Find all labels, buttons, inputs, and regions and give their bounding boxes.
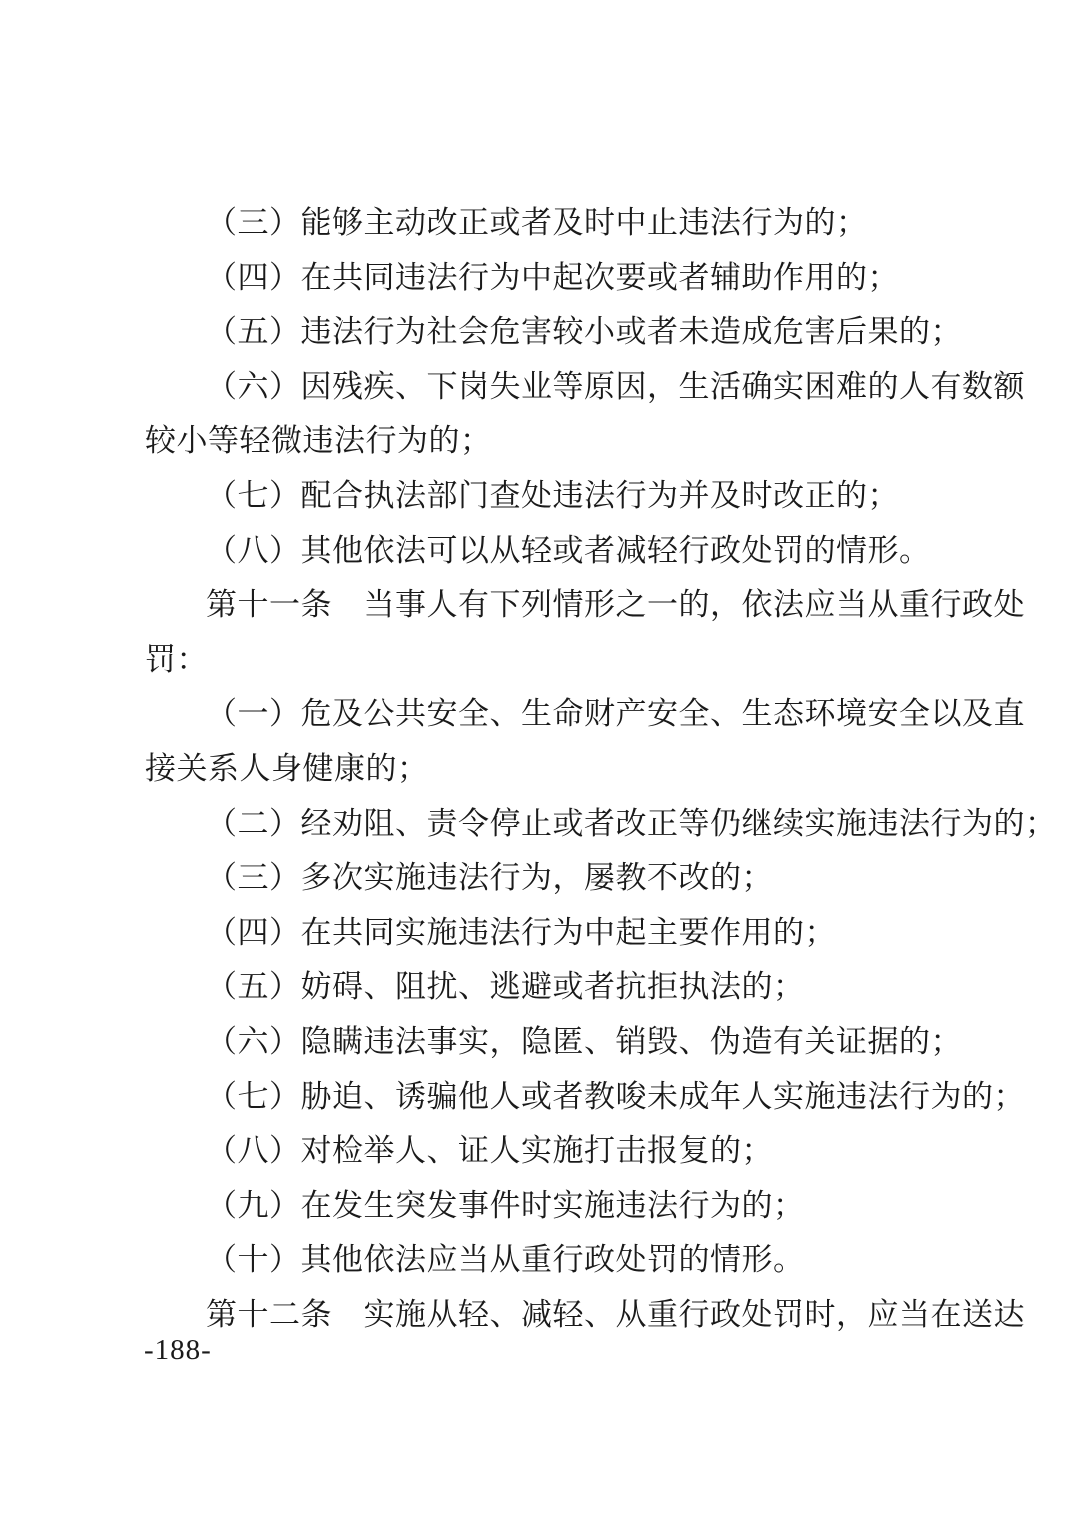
text-line: （五）妨碍、阻扰、逃避或者抗拒执法的； [145,960,963,1015]
text-line: （二）经劝阻、责令停止或者改正等仍继续实施违法行为的； [145,797,963,852]
text-line: （八）对检举人、证人实施打击报复的； [145,1124,963,1179]
document-page: （三）能够主动改正或者及时中止违法行为的；（四）在共同违法行为中起次要或者辅助作… [0,0,1075,1520]
text-line: 罚： [145,633,963,688]
text-line: （九）在发生突发事件时实施违法行为的； [145,1179,963,1234]
text-line: （三）多次实施违法行为，屡教不改的； [145,851,963,906]
text-line: 第十二条 实施从轻、减轻、从重行政处罚时，应当在送达 [145,1288,963,1343]
text-line: （十）其他依法应当从重行政处罚的情形。 [145,1233,963,1288]
page-number: -188- [144,1334,212,1367]
text-line: 接关系人身健康的； [145,742,963,797]
text-line: （一）危及公共安全、生命财产安全、生态环境安全以及直 [145,687,963,742]
text-line: 较小等轻微违法行为的； [145,414,963,469]
text-line: （六）因残疾、下岗失业等原因，生活确实困难的人有数额 [145,360,963,415]
text-line: （四）在共同违法行为中起次要或者辅助作用的； [145,251,963,306]
text-line: （七）胁迫、诱骗他人或者教唆未成年人实施违法行为的； [145,1070,963,1125]
text-line: （四）在共同实施违法行为中起主要作用的； [145,906,963,961]
text-line: （七）配合执法部门查处违法行为并及时改正的； [145,469,963,524]
text-line: （三）能够主动改正或者及时中止违法行为的； [145,196,963,251]
text-line: （六）隐瞒违法事实，隐匿、销毁、伪造有关证据的； [145,1015,963,1070]
document-body: （三）能够主动改正或者及时中止违法行为的；（四）在共同违法行为中起次要或者辅助作… [145,196,963,1342]
text-line: （五）违法行为社会危害较小或者未造成危害后果的； [145,305,963,360]
text-line: （八）其他依法可以从轻或者减轻行政处罚的情形。 [145,524,963,579]
text-line: 第十一条 当事人有下列情形之一的，依法应当从重行政处 [145,578,963,633]
